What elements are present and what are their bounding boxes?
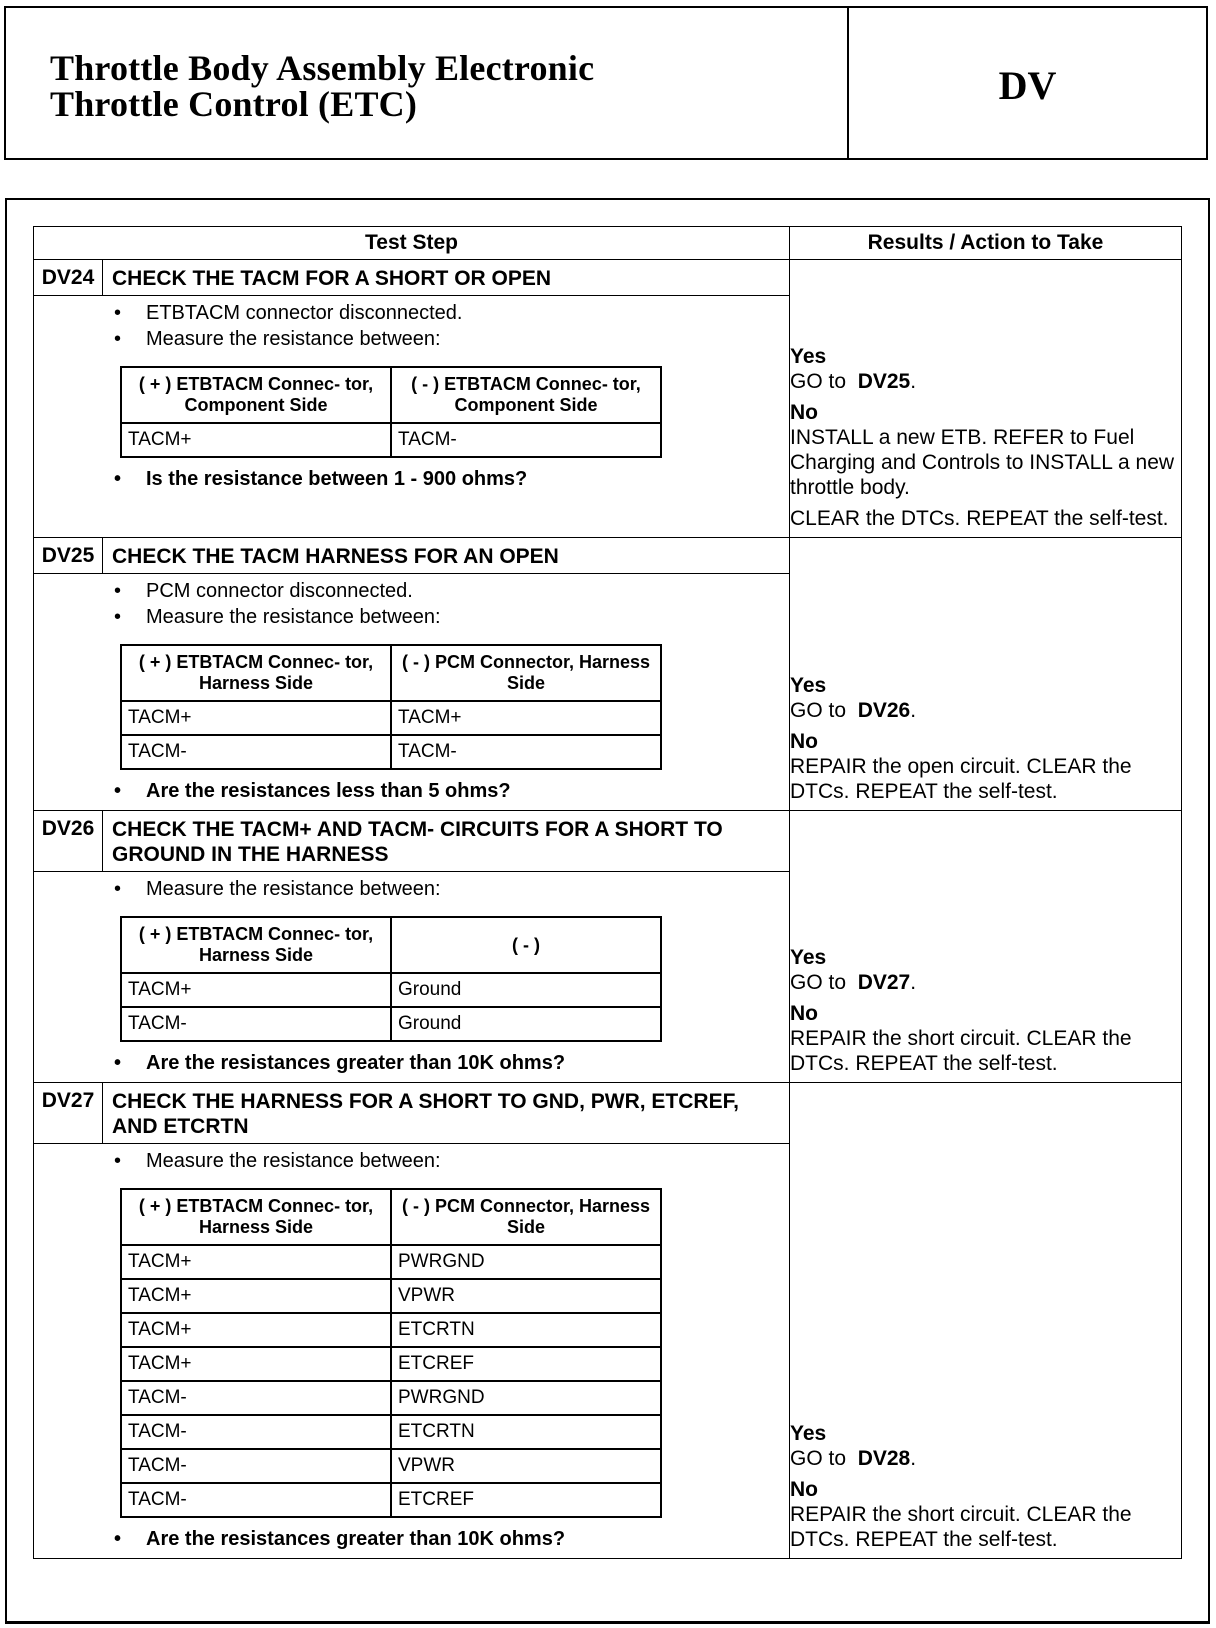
measurement-row: TACM-Ground <box>121 1007 661 1041</box>
page-title: Throttle Body Assembly Electronic Thrott… <box>6 8 849 158</box>
negative-pin: VPWR <box>391 1449 661 1483</box>
test-step-row: DV26CHECK THE TACM+ AND TACM- CIRCUITS F… <box>34 811 1182 1083</box>
measurement-table: ( + ) ETBTACM Connec- tor, Harness Side(… <box>120 644 662 770</box>
step-body: PCM connector disconnected.Measure the r… <box>34 574 789 810</box>
test-step-row: DV24CHECK THE TACM FOR A SHORT OR OPENET… <box>34 260 1182 538</box>
title-line-2: Throttle Control (ETC) <box>50 86 847 122</box>
step-instruction: Measure the resistance between: <box>112 876 789 902</box>
measurement-row: TACM-VPWR <box>121 1449 661 1483</box>
positive-pin: TACM+ <box>121 701 391 735</box>
yes-label: Yes <box>790 1421 1181 1446</box>
measurement-table: ( + ) ETBTACM Connec- tor, Harness Side(… <box>120 1188 662 1518</box>
test-step-cell: DV26CHECK THE TACM+ AND TACM- CIRCUITS F… <box>34 811 790 1083</box>
no-label: No <box>790 1001 1181 1026</box>
positive-pin: TACM- <box>121 735 391 769</box>
column-header-results: Results / Action to Take <box>790 227 1182 260</box>
measurement-table: ( + ) ETBTACM Connec- tor, Harness Side(… <box>120 916 662 1042</box>
negative-lead-header: ( - ) PCM Connector, Harness Side <box>391 645 661 701</box>
no-label: No <box>790 400 1181 425</box>
step-title: CHECK THE TACM FOR A SHORT OR OPEN <box>103 260 789 295</box>
test-step-row: DV25CHECK THE TACM HARNESS FOR AN OPENPC… <box>34 538 1182 811</box>
test-step-row: DV27CHECK THE HARNESS FOR A SHORT TO GND… <box>34 1083 1182 1559</box>
positive-pin: TACM- <box>121 1415 391 1449</box>
yes-action: GO to DV28. <box>790 1446 1181 1471</box>
negative-pin: ETCREF <box>391 1483 661 1517</box>
no-label: No <box>790 729 1181 754</box>
no-action: REPAIR the short circuit. CLEAR the DTCs… <box>790 1026 1181 1076</box>
results-cell: YesGO to DV27.NoREPAIR the short circuit… <box>790 811 1182 1083</box>
test-step-cell: DV24CHECK THE TACM FOR A SHORT OR OPENET… <box>34 260 790 538</box>
step-instruction: Measure the resistance between: <box>112 604 789 630</box>
negative-pin: Ground <box>391 1007 661 1041</box>
goto-step-link[interactable]: DV26 <box>858 699 911 722</box>
measurement-row: TACM-ETCRTN <box>121 1415 661 1449</box>
goto-step-link[interactable]: DV27 <box>858 971 911 994</box>
column-header-test-step: Test Step <box>34 227 790 260</box>
step-header: DV25CHECK THE TACM HARNESS FOR AN OPEN <box>34 538 789 574</box>
step-question: Are the resistances less than 5 ohms? <box>112 778 789 804</box>
step-body: Measure the resistance between:( + ) ETB… <box>34 872 789 1082</box>
step-body: Measure the resistance between:( + ) ETB… <box>34 1144 789 1558</box>
negative-pin: PWRGND <box>391 1245 661 1279</box>
results-cell: YesGO to DV26.NoREPAIR the open circuit.… <box>790 538 1182 811</box>
negative-pin: ETCRTN <box>391 1415 661 1449</box>
step-instruction: PCM connector disconnected. <box>112 578 789 604</box>
measurement-row: TACM+ETCRTN <box>121 1313 661 1347</box>
no-action: INSTALL a new ETB. REFER to Fuel Chargin… <box>790 425 1181 500</box>
measurement-row: TACM-ETCREF <box>121 1483 661 1517</box>
no-action-followup: CLEAR the DTCs. REPEAT the self-test. <box>790 506 1181 531</box>
negative-lead-header: ( - ) <box>391 917 661 973</box>
measurement-row: TACM+Ground <box>121 973 661 1007</box>
section-code: DV <box>849 8 1206 158</box>
negative-pin: TACM- <box>391 423 661 457</box>
yes-label: Yes <box>790 344 1181 369</box>
results-cell: YesGO to DV25.NoINSTALL a new ETB. REFER… <box>790 260 1182 538</box>
step-question: Is the resistance between 1 - 900 ohms? <box>112 466 789 492</box>
yes-action: GO to DV27. <box>790 970 1181 995</box>
step-id: DV27 <box>34 1083 103 1143</box>
step-instruction: Measure the resistance between: <box>112 326 789 352</box>
step-instruction: Measure the resistance between: <box>112 1148 789 1174</box>
positive-pin: TACM- <box>121 1007 391 1041</box>
yes-label: Yes <box>790 673 1181 698</box>
negative-lead-header: ( - ) PCM Connector, Harness Side <box>391 1189 661 1245</box>
yes-label: Yes <box>790 945 1181 970</box>
no-action: REPAIR the short circuit. CLEAR the DTCs… <box>790 1502 1181 1552</box>
yes-action: GO to DV26. <box>790 698 1181 723</box>
positive-pin: TACM- <box>121 1483 391 1517</box>
negative-pin: Ground <box>391 973 661 1007</box>
measurement-row: TACM+TACM- <box>121 423 661 457</box>
no-action: REPAIR the open circuit. CLEAR the DTCs.… <box>790 754 1181 804</box>
positive-lead-header: ( + ) ETBTACM Connec- tor, Component Sid… <box>121 367 391 423</box>
step-question: Are the resistances greater than 10K ohm… <box>112 1526 789 1552</box>
title-line-1: Throttle Body Assembly Electronic <box>50 50 847 86</box>
test-step-cell: DV25CHECK THE TACM HARNESS FOR AN OPENPC… <box>34 538 790 811</box>
positive-lead-header: ( + ) ETBTACM Connec- tor, Harness Side <box>121 1189 391 1245</box>
step-id: DV25 <box>34 538 103 573</box>
step-title: CHECK THE TACM+ AND TACM- CIRCUITS FOR A… <box>103 811 789 871</box>
results-cell: YesGO to DV28.NoREPAIR the short circuit… <box>790 1083 1182 1559</box>
negative-pin: TACM+ <box>391 701 661 735</box>
negative-lead-header: ( - ) ETBTACM Connec- tor, Component Sid… <box>391 367 661 423</box>
positive-pin: TACM+ <box>121 1313 391 1347</box>
negative-pin: VPWR <box>391 1279 661 1313</box>
measurement-row: TACM+ETCREF <box>121 1347 661 1381</box>
negative-pin: TACM- <box>391 735 661 769</box>
negative-pin: PWRGND <box>391 1381 661 1415</box>
goto-step-link[interactable]: DV25 <box>858 370 911 393</box>
negative-pin: ETCRTN <box>391 1313 661 1347</box>
positive-pin: TACM- <box>121 1381 391 1415</box>
positive-pin: TACM- <box>121 1449 391 1483</box>
measurement-row: TACM-TACM- <box>121 735 661 769</box>
positive-pin: TACM+ <box>121 1279 391 1313</box>
step-title: CHECK THE TACM HARNESS FOR AN OPEN <box>103 538 789 573</box>
step-id: DV24 <box>34 260 103 295</box>
yes-action: GO to DV25. <box>790 369 1181 394</box>
test-step-cell: DV27CHECK THE HARNESS FOR A SHORT TO GND… <box>34 1083 790 1559</box>
measurement-row: TACM-PWRGND <box>121 1381 661 1415</box>
negative-pin: ETCREF <box>391 1347 661 1381</box>
diagnostic-table: Test Step Results / Action to Take DV24C… <box>33 226 1182 1559</box>
positive-pin: TACM+ <box>121 1245 391 1279</box>
positive-lead-header: ( + ) ETBTACM Connec- tor, Harness Side <box>121 645 391 701</box>
positive-pin: TACM+ <box>121 423 391 457</box>
step-header: DV24CHECK THE TACM FOR A SHORT OR OPEN <box>34 260 789 296</box>
measurement-table: ( + ) ETBTACM Connec- tor, Component Sid… <box>120 366 662 458</box>
step-title: CHECK THE HARNESS FOR A SHORT TO GND, PW… <box>103 1083 789 1143</box>
no-label: No <box>790 1477 1181 1502</box>
positive-pin: TACM+ <box>121 973 391 1007</box>
step-body: ETBTACM connector disconnected.Measure t… <box>34 296 789 498</box>
step-header: DV26CHECK THE TACM+ AND TACM- CIRCUITS F… <box>34 811 789 872</box>
page-header: Throttle Body Assembly Electronic Thrott… <box>4 6 1208 160</box>
goto-step-link[interactable]: DV28 <box>858 1447 911 1470</box>
step-instruction: ETBTACM connector disconnected. <box>112 300 789 326</box>
step-id: DV26 <box>34 811 103 871</box>
measurement-row: TACM+PWRGND <box>121 1245 661 1279</box>
measurement-row: TACM+VPWR <box>121 1279 661 1313</box>
measurement-row: TACM+TACM+ <box>121 701 661 735</box>
step-header: DV27CHECK THE HARNESS FOR A SHORT TO GND… <box>34 1083 789 1144</box>
step-question: Are the resistances greater than 10K ohm… <box>112 1050 789 1076</box>
positive-lead-header: ( + ) ETBTACM Connec- tor, Harness Side <box>121 917 391 973</box>
positive-pin: TACM+ <box>121 1347 391 1381</box>
